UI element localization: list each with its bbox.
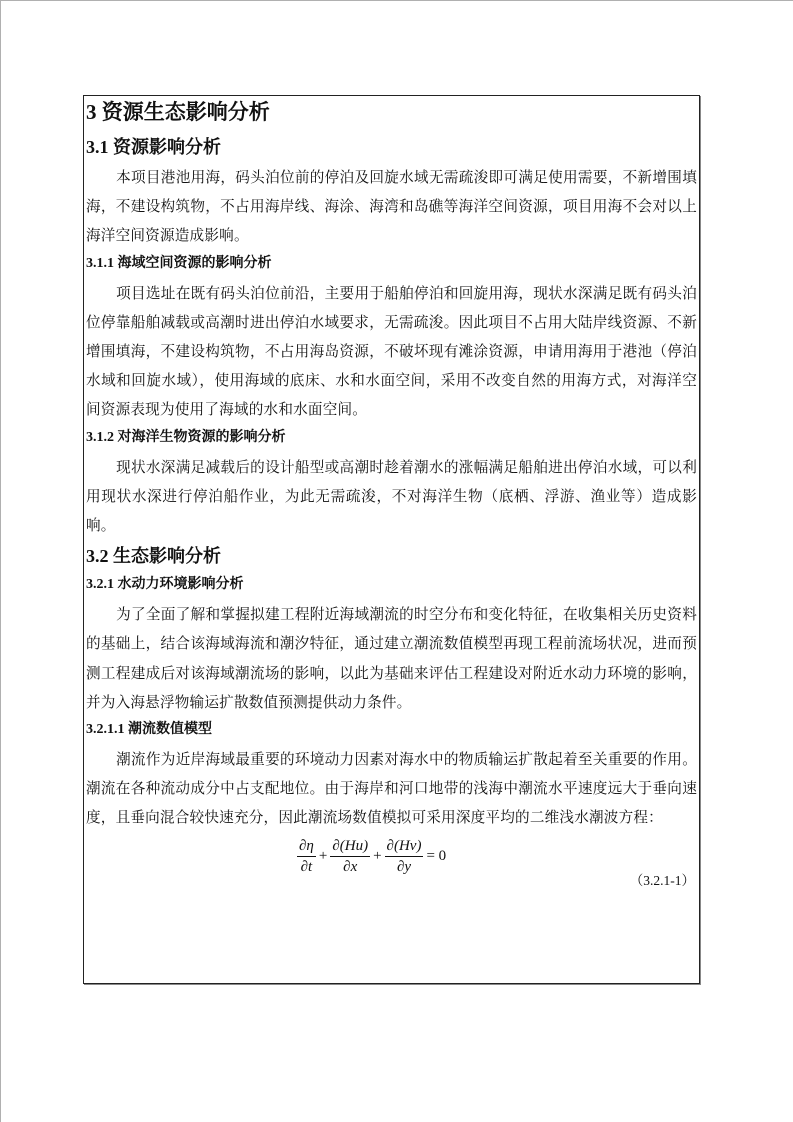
paragraph-3-1-2: 现状水深满足减载后的设计船型或高潮时趁着潮水的涨幅满足船舶进出停泊水域，可以利用… xyxy=(86,453,697,541)
section-heading-3-1-2: 3.1.2 对海洋生物资源的影响分析 xyxy=(86,425,697,453)
content-frame: 3 资源生态影响分析 3.1 资源影响分析 本项目港池用海，码头泊位前的停泊及回… xyxy=(83,95,700,984)
paragraph-3-2-1-1: 潮流作为近岸海域最重要的环境动力因素对海水中的物质输运扩散起着至关重要的作用。潮… xyxy=(86,745,697,833)
paragraph-3-1-1: 项目选址在既有码头泊位前沿，主要用于船舶停泊和回旋用海，现状水深满足既有码头泊位… xyxy=(86,279,697,425)
equation-block: ∂η ∂t + ∂(Hu) ∂x + ∂(Hv) ∂y = 0 （3.2.1-1… xyxy=(86,833,697,893)
fraction-d-hv-dy: ∂(Hv) ∂y xyxy=(385,837,424,876)
page-edge-left xyxy=(0,0,1,1122)
paragraph-3-1: 本项目港池用海，码头泊位前的停泊及回旋水域无需疏浚即可满足使用需要，不新增围填海… xyxy=(86,163,697,251)
equals-zero: = 0 xyxy=(426,848,446,865)
fraction-d-eta-dt: ∂η ∂t xyxy=(297,837,316,876)
plus-sign: + xyxy=(373,848,381,865)
chapter-heading: 3 资源生态影响分析 xyxy=(86,98,697,131)
section-heading-3-1: 3.1 资源影响分析 xyxy=(86,131,697,163)
page-edge-top xyxy=(0,0,793,1)
plus-sign: + xyxy=(319,848,327,865)
fraction-d-hu-dx: ∂(Hu) ∂x xyxy=(330,837,370,876)
section-heading-3-2-1: 3.2.1 水动力环境影响分析 xyxy=(86,572,697,600)
continuity-equation: ∂η ∂t + ∂(Hu) ∂x + ∂(Hv) ∂y = 0 xyxy=(296,837,448,876)
paragraph-3-2-1: 为了全面了解和掌握拟建工程附近海域潮流的时空分布和变化特征，在收集相关历史资料的… xyxy=(86,600,697,717)
section-heading-3-2: 3.2 生态影响分析 xyxy=(86,540,697,572)
equation-number: （3.2.1-1） xyxy=(630,869,695,889)
section-heading-3-1-1: 3.1.1 海域空间资源的影响分析 xyxy=(86,251,697,279)
section-heading-3-2-1-1: 3.2.1.1 潮流数值模型 xyxy=(86,717,697,745)
